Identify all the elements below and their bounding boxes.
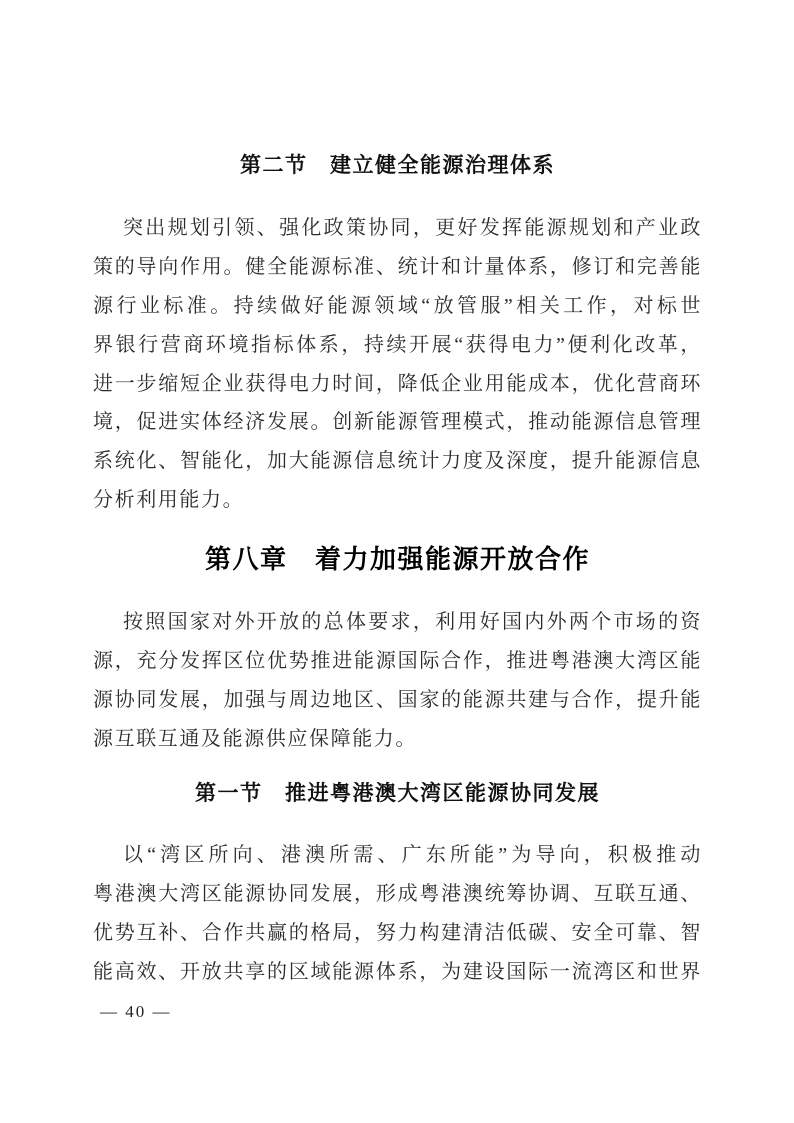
text-line: 源行业标准。持续做好能源领域“放管服”相关工作，对标世 (93, 287, 702, 326)
text-line: 分析利用能力。 (93, 481, 702, 520)
text-line: 界银行营商环境指标体系，持续开展“获得电力”便利化改革， (93, 326, 702, 365)
text-line: 优势互补、合作共赢的格局，努力构建清洁低碳、安全可靠、智 (93, 914, 702, 953)
text-line: 源协同发展，加强与周边地区、国家的能源共建与合作，提升能 (93, 681, 702, 720)
section-heading: 第二节 建立健全能源治理体系 (93, 152, 702, 180)
paragraph: 突出规划引领、强化政策协同，更好发挥能源规划和产业政 策的导向作用。健全能源标准… (93, 209, 702, 520)
paragraph: 以“湾区所向、港澳所需、广东所能”为导向，积极推动 粤港澳大湾区能源协同发展，形… (93, 836, 702, 992)
text-line: 按照国家对外开放的总体要求，利用好国内外两个市场的资 (93, 603, 702, 642)
text-line: 能高效、开放共享的区域能源体系，为建设国际一流湾区和世界 (93, 953, 702, 992)
paragraph: 按照国家对外开放的总体要求，利用好国内外两个市场的资 源，充分发挥区位优势推进能… (93, 603, 702, 759)
page-number: — 40 — (100, 1000, 172, 1024)
text-line: 源互联互通及能源供应保障能力。 (93, 720, 702, 759)
document-page: 第二节 建立健全能源治理体系 突出规划引领、强化政策协同，更好发挥能源规划和产业… (0, 0, 794, 1123)
text-line: 粤港澳大湾区能源协同发展，形成粤港澳统筹协调、互联互通、 (93, 875, 702, 914)
text-line: 境，促进实体经济发展。创新能源管理模式，推动能源信息管理 (93, 403, 702, 442)
chapter-heading: 第八章 着力加强能源开放合作 (93, 541, 702, 579)
section-heading: 第一节 推进粤港澳大湾区能源协同发展 (93, 780, 702, 808)
text-line: 突出规划引领、强化政策协同，更好发挥能源规划和产业政 (93, 209, 702, 248)
text-line: 源，充分发挥区位优势推进能源国际合作，推进粤港澳大湾区能 (93, 642, 702, 681)
text-line: 策的导向作用。健全能源标准、统计和计量体系，修订和完善能 (93, 248, 702, 287)
text-line: 以“湾区所向、港澳所需、广东所能”为导向，积极推动 (93, 836, 702, 875)
text-line: 系统化、智能化，加大能源信息统计力度及深度，提升能源信息 (93, 442, 702, 481)
text-line: 进一步缩短企业获得电力时间，降低企业用能成本，优化营商环 (93, 365, 702, 404)
